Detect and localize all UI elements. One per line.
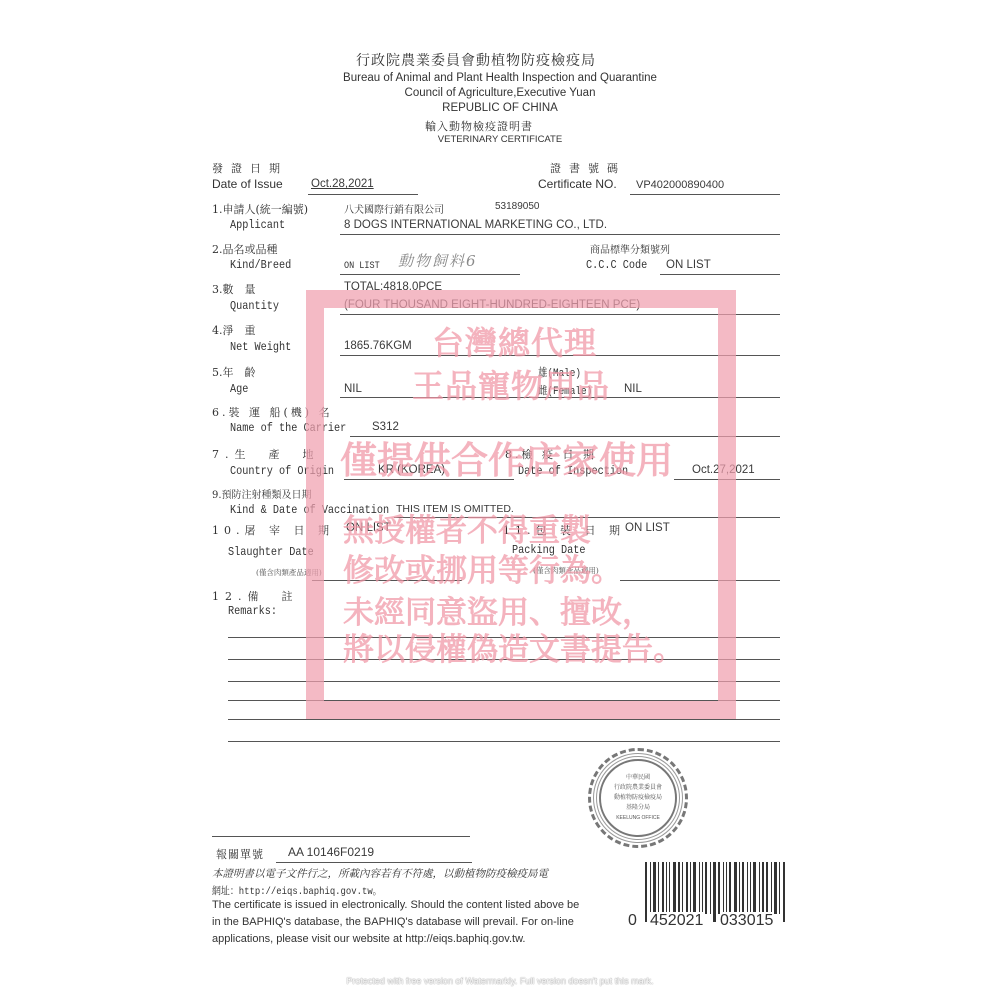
barcode-bar <box>650 862 651 914</box>
barcode-bar <box>783 862 785 922</box>
packing-value: ON LIST <box>625 522 670 534</box>
seal-line-1: 中華民國 <box>601 773 675 783</box>
applicant-name-cn: 八犬國際行銷有限公司 <box>344 201 444 216</box>
slaughter-value: ON LIST <box>346 522 391 534</box>
quantity-label-cn: 3.數 量 <box>212 281 256 297</box>
watermark-line-7: 將以侵權偽造文書提告。 <box>343 624 684 669</box>
barcode-bar <box>690 862 691 914</box>
applicant-tax-id: 53189050 <box>495 201 540 212</box>
kind-label-en: Kind/Breed <box>230 258 291 272</box>
barcode-bar <box>729 862 731 914</box>
barcode <box>645 862 805 914</box>
ccc-value: ON LIST <box>666 259 711 271</box>
barcode-bar <box>734 862 737 914</box>
slaughter-label-en: Slaughter Date <box>228 545 314 559</box>
barcode-bar <box>705 862 707 914</box>
agency-name-en: Bureau of Animal and Plant Health Inspec… <box>300 72 700 84</box>
customs-value: AA 10146F0219 <box>288 845 374 859</box>
barcode-bar <box>682 862 683 914</box>
packing-label-cn: 11.包 裝 日 期 <box>503 522 625 538</box>
council-name: Council of Agriculture,Executive Yuan <box>300 87 700 99</box>
carrier-label-cn: 6.裝 運 船(機) 名 <box>212 404 333 420</box>
vaccination-label-cn: 9.預防注射種類及日期 <box>212 486 312 501</box>
vaccination-value: THIS ITEM IS OMITTED. <box>396 503 514 515</box>
agency-name-cn: 行政院農業委員會動植物防疫檢疫局 <box>356 50 596 70</box>
barcode-bar <box>774 862 777 914</box>
barcode-bar <box>742 862 744 914</box>
official-seal: 中華民國 行政院農業委員會 動植物防疫檢疫局 基隆分局 KEELUNG OFFI… <box>588 748 688 848</box>
barcode-digits-right: 033015 <box>720 912 773 930</box>
notice-en-line-1: The certificate is issued in electronica… <box>212 899 579 911</box>
barcode-bar <box>678 862 680 914</box>
certificate-no-label-en: Certificate NO. <box>538 177 617 191</box>
barcode-bar <box>759 862 760 914</box>
barcode-bar <box>713 862 716 922</box>
certificate-no-value: VP402000890400 <box>636 179 724 191</box>
slaughter-note: (僅含肉類產品適用) <box>256 567 322 578</box>
barcode-bar <box>693 862 696 914</box>
applicant-name-en: 8 DOGS INTERNATIONAL MARKETING CO., LTD. <box>344 219 607 231</box>
barcode-bar <box>645 862 647 922</box>
barcode-bar <box>747 862 748 914</box>
inspection-label-cn: 8.檢 疫 日 期 <box>505 446 597 462</box>
barcode-bar <box>750 862 751 914</box>
barcode-bar <box>723 862 724 914</box>
applicant-label-en: Applicant <box>230 218 285 232</box>
origin-value: KR (KOREA) <box>378 464 445 476</box>
sex-value: NIL <box>624 383 642 395</box>
packing-note: (僅含肉類產品適用) <box>533 565 599 576</box>
barcode-bar <box>653 862 656 914</box>
issue-date-label-en: Date of Issue <box>212 177 283 191</box>
barcode-bar <box>699 862 700 914</box>
quantity-value: TOTAL:4818.0PCE <box>344 281 442 293</box>
barcode-bar <box>662 862 664 914</box>
barcode-bar <box>669 862 670 914</box>
applicant-label-cn: 1.申請人(統一編號) <box>212 201 308 217</box>
barcode-bar <box>710 862 711 914</box>
origin-label-cn: 7.生 產 地 <box>212 446 320 462</box>
slaughter-label-cn: 10.屠 宰 日 期 <box>212 522 334 538</box>
handwritten-note: 動物飼料6 <box>398 250 478 271</box>
quantity-label-en: Quantity <box>230 299 279 313</box>
notice-cn: 本證明書以電子文件行之，所載內容若有不符處，以動植物防疫檢疫局電 <box>212 866 548 881</box>
barcode-bar <box>779 862 780 914</box>
net-weight-value: 1865.76KGM <box>344 340 412 352</box>
doc-title-en: VETERINARY CERTIFICATE <box>300 134 700 145</box>
seal-line-4: 基隆分局 <box>601 803 675 813</box>
vaccination-label-en: Kind & Date of Vaccination <box>230 503 389 517</box>
barcode-bar <box>702 862 703 914</box>
barcode-digits-left: 452021 <box>650 912 703 930</box>
barcode-bar <box>762 862 764 914</box>
barcode-bar <box>739 862 740 914</box>
origin-label-en: Country of Origin <box>230 464 334 478</box>
doc-title-cn: 輸入動物檢疫證明書 <box>425 118 533 134</box>
barcode-digit-first: 0 <box>628 912 637 930</box>
customs-label-cn: 報關單號 <box>216 846 264 862</box>
watermark-line-6: 未經同意盜用、擅改， <box>343 587 653 632</box>
barcode-bar <box>686 862 688 914</box>
notice-url-cn: 網址：http://eiqs.baphiq.gov.tw。 <box>212 883 382 898</box>
barcode-bar <box>666 862 667 914</box>
issue-date-value: Oct.28,2021 <box>311 178 374 190</box>
kind-label-cn: 2.品名或品種 <box>212 241 278 257</box>
female-label: 雌(Female) <box>538 382 592 398</box>
male-label: 雄(Male) <box>538 364 581 380</box>
net-weight-label-cn: 4.淨 重 <box>212 322 256 338</box>
barcode-bar <box>726 862 727 914</box>
ccc-label-cn: 商品標準分類號列 <box>590 241 670 256</box>
remarks-label-cn: 12.備 註 <box>212 588 299 604</box>
age-value: NIL <box>344 383 362 395</box>
barcode-bar <box>771 862 772 914</box>
packing-label-en: Packing Date <box>512 543 585 557</box>
carrier-value: S312 <box>372 421 399 433</box>
barcode-bar <box>658 862 659 914</box>
seal-line-5: KEELUNG OFFICE <box>601 813 675 823</box>
remarks-label-en: Remarks: <box>228 604 277 618</box>
age-label-cn: 5.年 齡 <box>212 364 256 380</box>
notice-en-line-2: in the BAPHIQ's database, the BAPHIQ's d… <box>212 916 574 928</box>
inspection-value: Oct.27,2021 <box>692 464 755 476</box>
ccc-label-en: C.C.C Code <box>586 258 647 272</box>
barcode-bar <box>766 862 768 914</box>
carrier-label-en: Name of the Carrier <box>230 421 346 435</box>
age-label-en: Age <box>230 382 248 396</box>
country-name: REPUBLIC OF CHINA <box>300 102 700 114</box>
seal-center: 中華民國 行政院農業委員會 動植物防疫檢疫局 基隆分局 KEELUNG OFFI… <box>599 759 677 837</box>
kind-value: ON LIST <box>344 261 380 272</box>
watermark-line-1: 台灣總代理 <box>432 318 597 364</box>
barcode-bar <box>753 862 756 914</box>
seal-line-3: 動植物防疫檢疫局 <box>601 793 675 803</box>
quantity-words: (FOUR THOUSAND EIGHT-HUNDRED-EIGHTEEN PC… <box>344 299 640 311</box>
barcode-bar <box>673 862 676 914</box>
barcode-bar <box>718 862 720 914</box>
net-weight-label-en: Net Weight <box>230 340 291 354</box>
inspection-label-en: Date of Inspection <box>518 464 628 478</box>
issue-date-label-cn: 發證日期 <box>212 160 288 176</box>
seal-line-2: 行政院農業委員會 <box>601 783 675 793</box>
notice-en-line-3: applications, please visit our website a… <box>212 933 525 945</box>
certificate-no-label-cn: 證書號碼 <box>550 160 626 176</box>
watermarkly-notice: Protected with free version of Watermark… <box>0 976 1000 986</box>
